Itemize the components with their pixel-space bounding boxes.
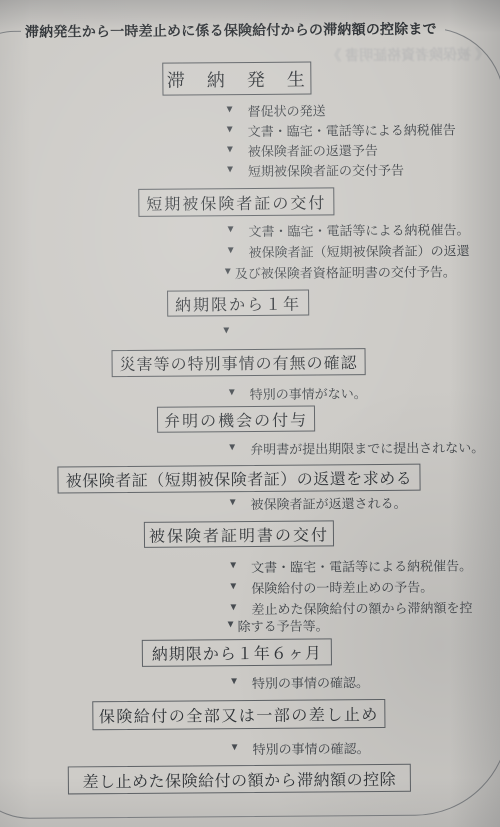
down-arrow-icon: ▼ bbox=[225, 105, 235, 115]
flow-box-benefit-suspension: 保険給付の全部又は一部の差し止め bbox=[92, 699, 385, 730]
flow-step-note: ▼ 被保険者証の返還予告 bbox=[225, 140, 378, 159]
down-arrow-icon: ▼ bbox=[228, 498, 238, 508]
down-arrow-icon: ▼ bbox=[227, 388, 237, 398]
flow-step-note: ▼ 特別の事情の確認。 bbox=[229, 672, 369, 691]
flowchart: 《 被保険者資格証明書 》 滞納発生から一時差止めに係る保険給付からの滞納額の控… bbox=[0, 0, 500, 827]
down-arrow-icon: ▼ bbox=[225, 145, 235, 155]
flow-box-one-year-after-due: 納期限から１年 bbox=[167, 290, 309, 317]
flow-box-delinquency-occurs: 滞 納 発 生 bbox=[162, 62, 311, 96]
flow-step-note: ▼ 被保険者証（短期被保険者証）の返還 bbox=[226, 240, 470, 260]
flow-step-note: ▼ 文書・臨宅・電話等による納税催告。 bbox=[228, 555, 472, 575]
flow-step-note: ▼ 督促状の発送 bbox=[225, 100, 326, 119]
flow-box-certificate-issue: 被保険者証明書の交付 bbox=[144, 520, 334, 547]
flow-step-note: ▼ 文書・臨宅・電話等による納税催告。 bbox=[225, 219, 469, 239]
down-arrow-icon: ▼ bbox=[226, 620, 236, 630]
down-arrow-icon: ▼ bbox=[228, 603, 238, 613]
flow-step-note: ▼ 文書・臨宅・電話等による納税催告 bbox=[225, 119, 456, 139]
flow-step-note: ▼ 除する予告等。 bbox=[226, 615, 329, 634]
down-arrow-icon: ▼ bbox=[225, 125, 235, 135]
flow-step-note: ▼ 被保険者証が返還される。 bbox=[228, 493, 407, 512]
page-title: 滞納発生から一時差止めに係る保険給付からの滞納額の控除まで bbox=[21, 15, 445, 44]
down-arrow-icon: ▼ bbox=[223, 267, 233, 277]
flow-step-note: ▼ 弁明書が提出期限までに提出されない。 bbox=[227, 437, 484, 457]
down-arrow-icon: ▼ bbox=[229, 677, 239, 687]
flow-step-note: ▼ 及び被保険者資格証明書の交付予告。 bbox=[223, 261, 456, 281]
down-arrow-icon: ▼ bbox=[230, 743, 240, 753]
down-arrow-icon: ▼ bbox=[226, 225, 236, 235]
flow-box-short-term-card-issue: 短期被保険者証の交付 bbox=[138, 187, 334, 217]
flow-step-note: ▼ 差止めた保険給付の額から滞納額を控 bbox=[228, 597, 472, 617]
flow-connector: ▼ bbox=[221, 322, 244, 340]
flow-step-note: ▼ 特別の事情がない。 bbox=[227, 383, 367, 402]
down-arrow-icon: ▼ bbox=[228, 561, 238, 571]
flow-box-18-months-after-due: 納期限から１年６ヶ月 bbox=[142, 638, 332, 666]
flow-step-note: ▼ 短期被保険者証の交付予告 bbox=[225, 160, 404, 179]
flow-box-disaster-circumstance-check: 災害等の特別事情の有無の確認 bbox=[111, 348, 365, 377]
down-arrow-icon: ▼ bbox=[228, 582, 238, 592]
down-arrow-icon: ▼ bbox=[226, 246, 236, 256]
document-photo: 《 被保険者資格証明書 》 滞納発生から一時差止めに係る保険給付からの滞納額の控… bbox=[0, 0, 500, 827]
down-arrow-icon: ▼ bbox=[227, 443, 237, 453]
flow-step-note: ▼ 保険給付の一時差止めの予告。 bbox=[228, 577, 433, 597]
down-arrow-icon: ▼ bbox=[221, 326, 231, 336]
flow-box-deduction-from-benefits: 差し止めた保険給付の額から滞納額の控除 bbox=[68, 764, 411, 795]
down-arrow-icon: ▼ bbox=[225, 165, 235, 175]
flow-box-request-card-return: 被保険者証（短期被保険者証）の返還を求める bbox=[57, 464, 420, 494]
flow-step-note: ▼ 特別の事情の確認。 bbox=[230, 738, 370, 757]
flow-box-opportunity-to-explain: 弁明の機会の付与 bbox=[157, 405, 315, 432]
